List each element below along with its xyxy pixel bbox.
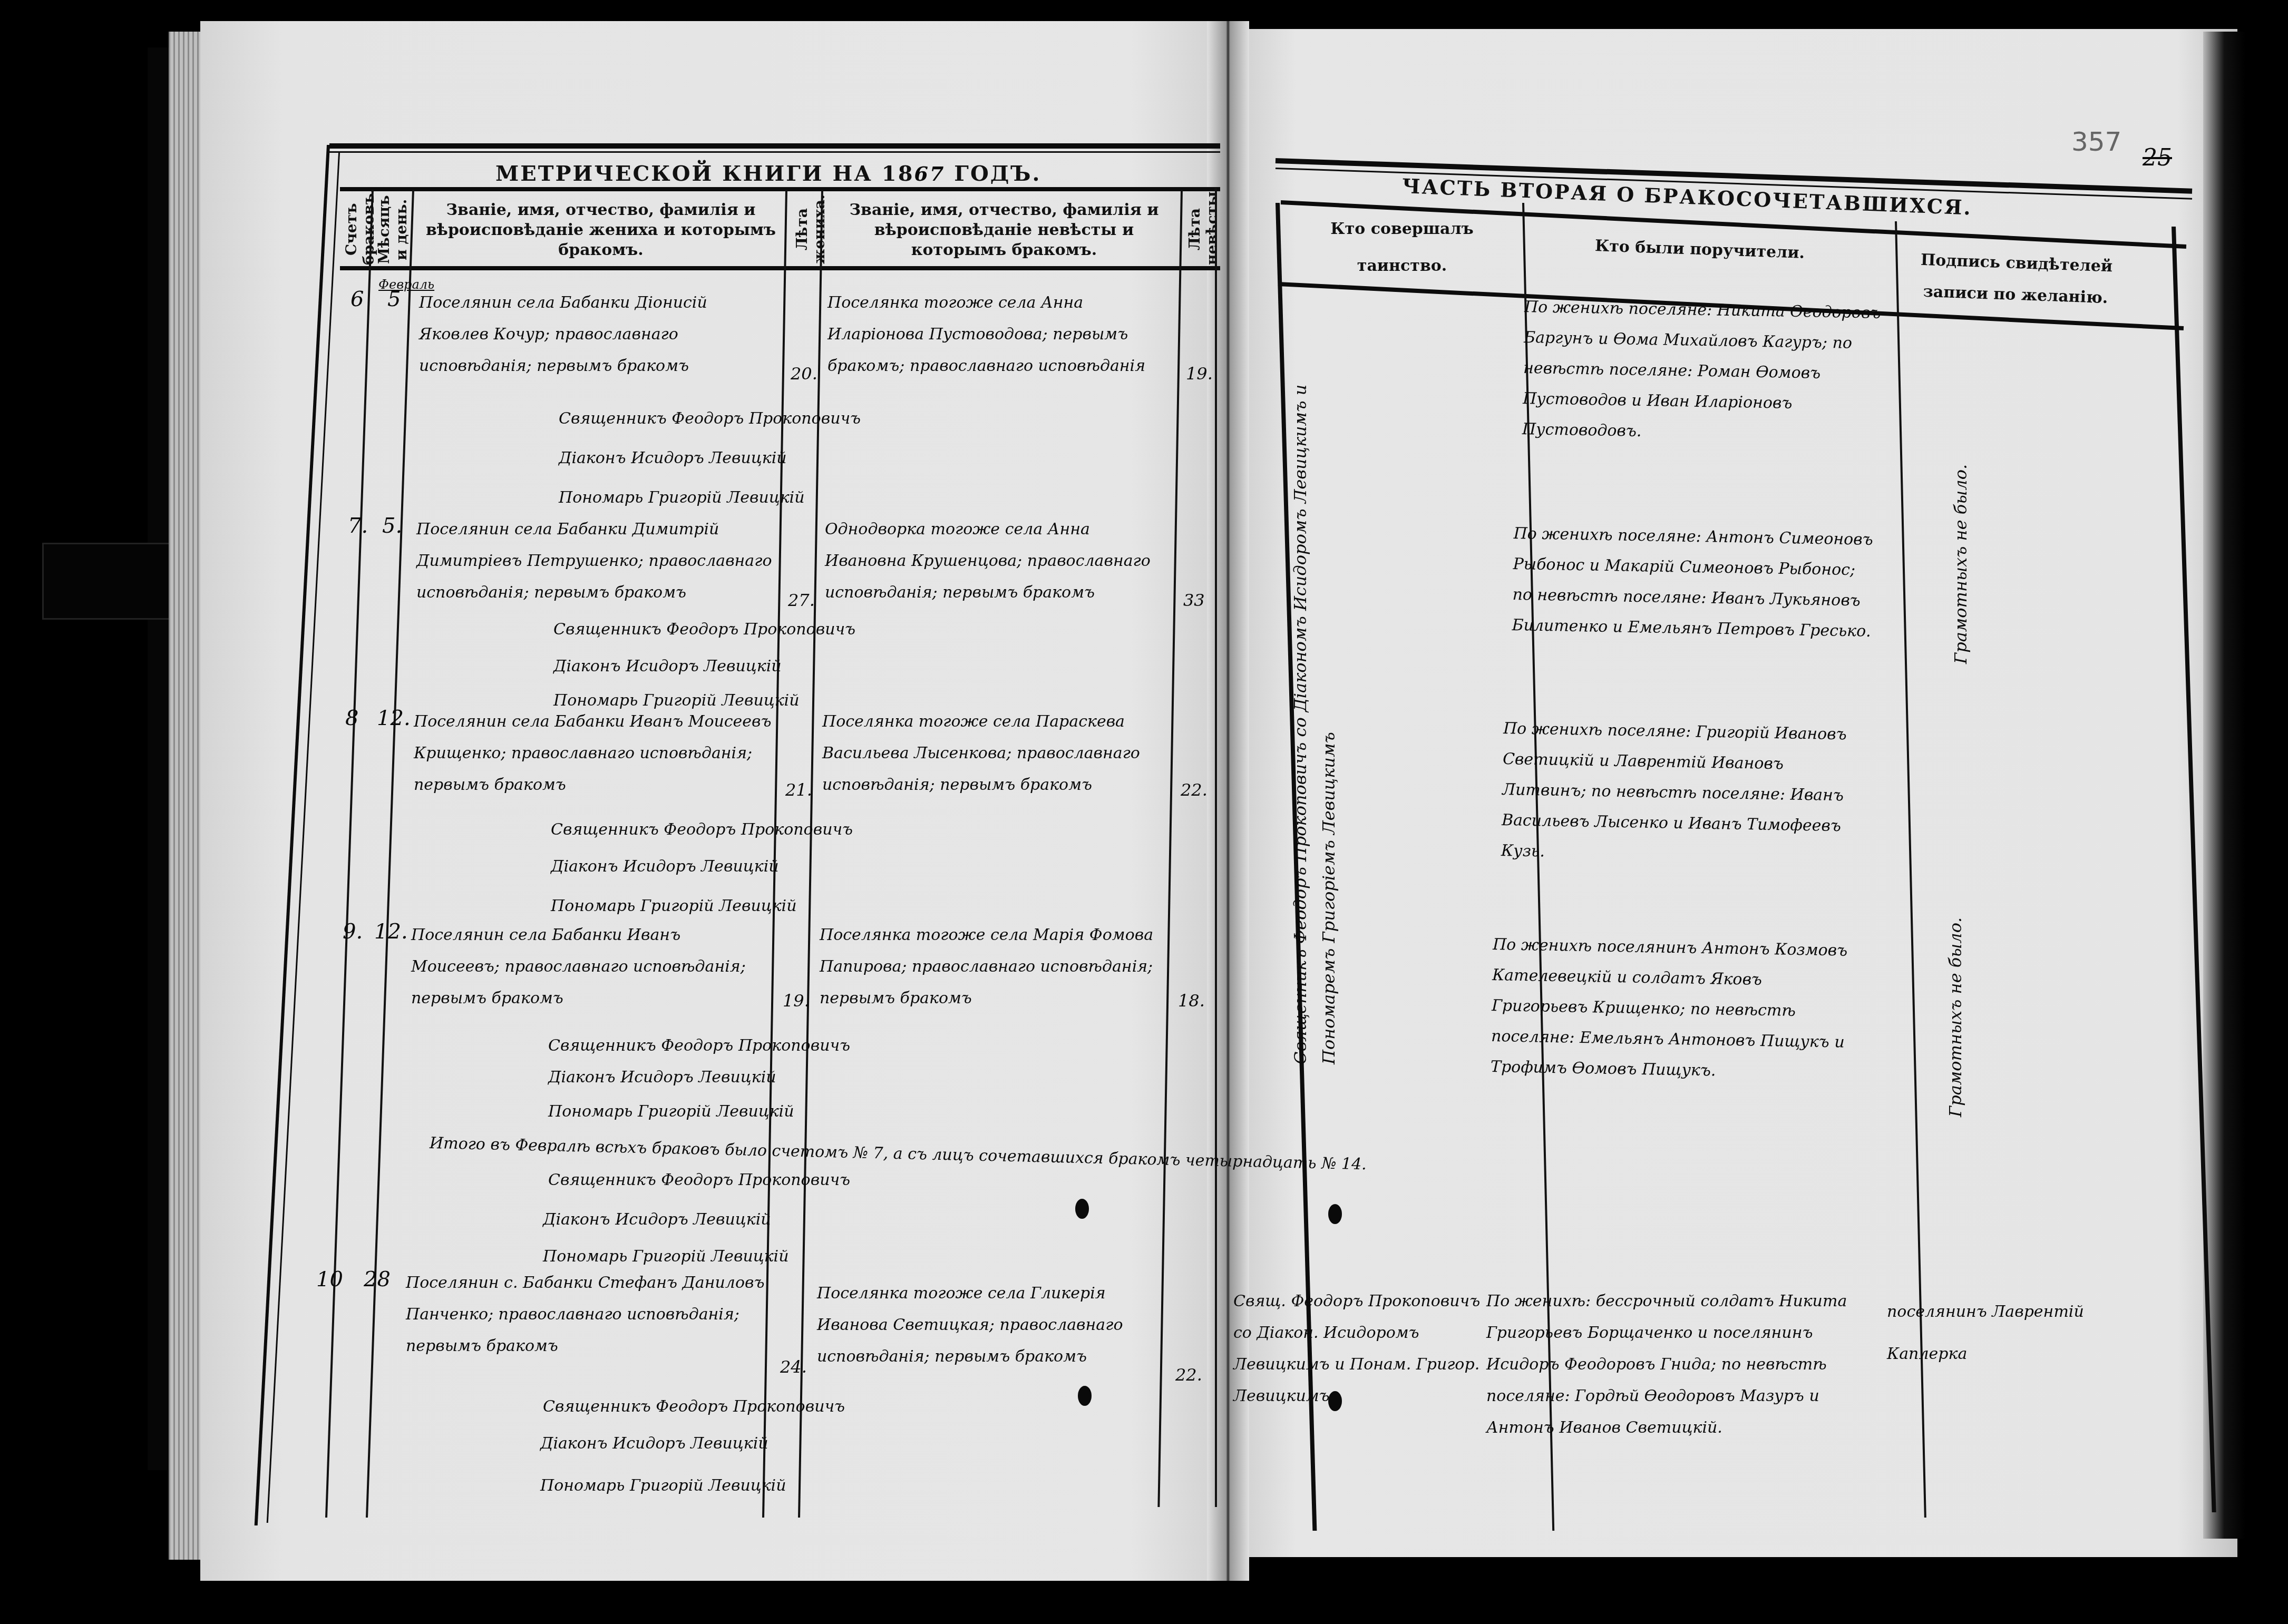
page-number-stamp: 357: [2071, 126, 2121, 157]
signature-deacon: Діаконъ Исидоръ Левицкій: [543, 1204, 771, 1236]
col-header-bride-age: Лѣта невѣсты.: [1186, 194, 1212, 265]
col-header-officiant: Кто совершалъ таинство.: [1286, 211, 1518, 285]
signature-deacon: Діаконъ Исидоръ Левицкій: [548, 1062, 776, 1093]
bride-age: 18.: [1178, 991, 1205, 1011]
bride-age: 19.: [1186, 364, 1213, 384]
bride-details: Поселянка тогоже села Параскева Васильев…: [822, 706, 1170, 801]
signature-priest: Священникъ Феодоръ Прокоповичъ: [559, 403, 861, 435]
signature-priest: Священникъ Феодоръ Прокоповичъ: [551, 814, 853, 846]
bride-details: Однодворка тогоже села Анна Ивановна Кру…: [825, 514, 1173, 609]
signature-sexton: Пономарь Григорій Левицкій: [548, 1096, 794, 1128]
groom-age: 20.: [791, 364, 817, 384]
entry-date: 28: [364, 1267, 391, 1292]
bride-details: Поселянка тогоже села Марія Фомова Папир…: [820, 919, 1167, 1014]
signature-priest: Священникъ Феодоръ Прокоповичъ: [548, 1030, 850, 1062]
old-page-number: 25: [2143, 142, 2172, 174]
signature-deacon: Діаконъ Исидоръ Левицкій: [559, 443, 787, 474]
groom-details: Поселянин села Бабанки Димитрій Димитріе…: [416, 514, 775, 609]
sponsors-entry: По женихѣ поселяне: Никита Ѳеодоровъ Бар…: [1522, 292, 1888, 451]
bride-age: 22.: [1181, 780, 1208, 800]
title-suffix: ГОДЪ.: [954, 161, 1041, 186]
col-header-witness-signatures: Подпись свидѣтелей записи по желанію.: [1902, 244, 2130, 315]
bride-details: Поселянка тогоже села Анна Иларіонова Пу…: [827, 287, 1175, 382]
signature-priest: Священникъ Феодоръ Прокоповичъ: [553, 614, 855, 645]
witness-note: Грамотныхъ не было.: [1940, 717, 1971, 1117]
col-header-date: Мѣсяцъ и день.: [375, 194, 407, 265]
bride-details: Поселянка тогоже села Гликерія Иванова С…: [817, 1278, 1165, 1373]
groom-age: 24.: [780, 1357, 807, 1377]
binding-hole: [1328, 1204, 1342, 1224]
sponsors-entry: По женихѣ поселяне: Григорій Ивановъ Све…: [1501, 713, 1867, 873]
signature-priest: Священникъ Феодоръ Прокоповичъ: [543, 1391, 845, 1423]
col-header-bride: Званіе, имя, отчество, фамилія и вѣроисп…: [825, 200, 1183, 260]
groom-age: 27.: [788, 590, 815, 610]
sponsors-entry: По женихѣ: бессрочный солдатъ Никита Гри…: [1486, 1286, 1876, 1444]
witness-signature: поселянинъ Лаврентій Каплерка: [1887, 1291, 2098, 1375]
col-header-groom-age: Лѣта жениха.: [793, 194, 820, 265]
entry-date: 12.: [374, 919, 408, 944]
signature-sexton: Пономарь Григорій Левицкій: [559, 482, 804, 514]
groom-details: Поселянин с. Бабанки Стефанъ Даниловъ Па…: [406, 1267, 770, 1362]
signature-deacon: Діаконъ Исидоръ Левицкій: [551, 851, 779, 883]
entry-count: 9.: [343, 919, 363, 944]
entry-count: 6: [350, 287, 364, 311]
binding-hole: [1075, 1199, 1089, 1219]
entry-count: 7.: [348, 514, 368, 538]
signature-deacon: Діаконъ Исидоръ Левицкій: [553, 651, 782, 682]
entry-count: 10: [316, 1267, 343, 1292]
col-header-groom: Званіе, имя, отчество, фамилія и вѣроисп…: [416, 200, 785, 260]
groom-age: 19.: [783, 991, 810, 1011]
officiant-vertical-note: Священникъ Феодоръ Прокоповичъ со Діакон…: [1286, 316, 1518, 1064]
binding-hole: [1078, 1386, 1092, 1406]
bride-age: 22.: [1175, 1365, 1202, 1385]
groom-details: Поселянин села Бабанки Діонисій Яковлев …: [419, 287, 777, 382]
sponsors-entry: По женихѣ поселянинъ Антонъ Козмовъ Кате…: [1491, 930, 1857, 1089]
sponsors-entry: По женихѣ поселяне: Антонъ Симеоновъ Рыб…: [1512, 518, 1877, 647]
entry-date: 12.: [377, 706, 411, 730]
entry-date: 5.: [382, 514, 402, 538]
left-page-title: МЕТРИЧЕСКОЙ КНИГИ НА 1867 ГОДЪ.: [495, 158, 1041, 190]
entry-count: 8: [345, 706, 358, 730]
signature-sexton: Пономарь Григорій Левицкій: [551, 891, 796, 922]
witness-note: Грамотныхъ не было.: [1945, 316, 1977, 664]
entry-date: 5: [387, 287, 401, 311]
signature-sexton: Пономарь Григорій Левицкій: [540, 1470, 786, 1502]
signature-priest: Священникъ Феодоръ Прокоповичъ: [548, 1165, 850, 1196]
groom-details: Поселянин села Бабанки Иванъ Моисеевъ; п…: [411, 919, 770, 1014]
bride-age: 33: [1183, 590, 1205, 610]
officiant-entry: Свящ. Феодоръ Прокоповичъ со Діакон. Иси…: [1233, 1286, 1481, 1412]
officiant-text: Священникъ Феодоръ Прокоповичъ со Діакон…: [1290, 385, 1339, 1064]
signature-deacon: Діаконъ Исидоръ Левицкій: [540, 1428, 768, 1460]
title-text: МЕТРИЧЕСКОЙ КНИГИ НА 18: [495, 161, 914, 186]
handwritten-year: 67: [914, 162, 945, 185]
groom-details: Поселянин села Бабанки Иванъ Моисеевъ Кр…: [414, 706, 772, 801]
groom-age: 21.: [785, 780, 812, 800]
